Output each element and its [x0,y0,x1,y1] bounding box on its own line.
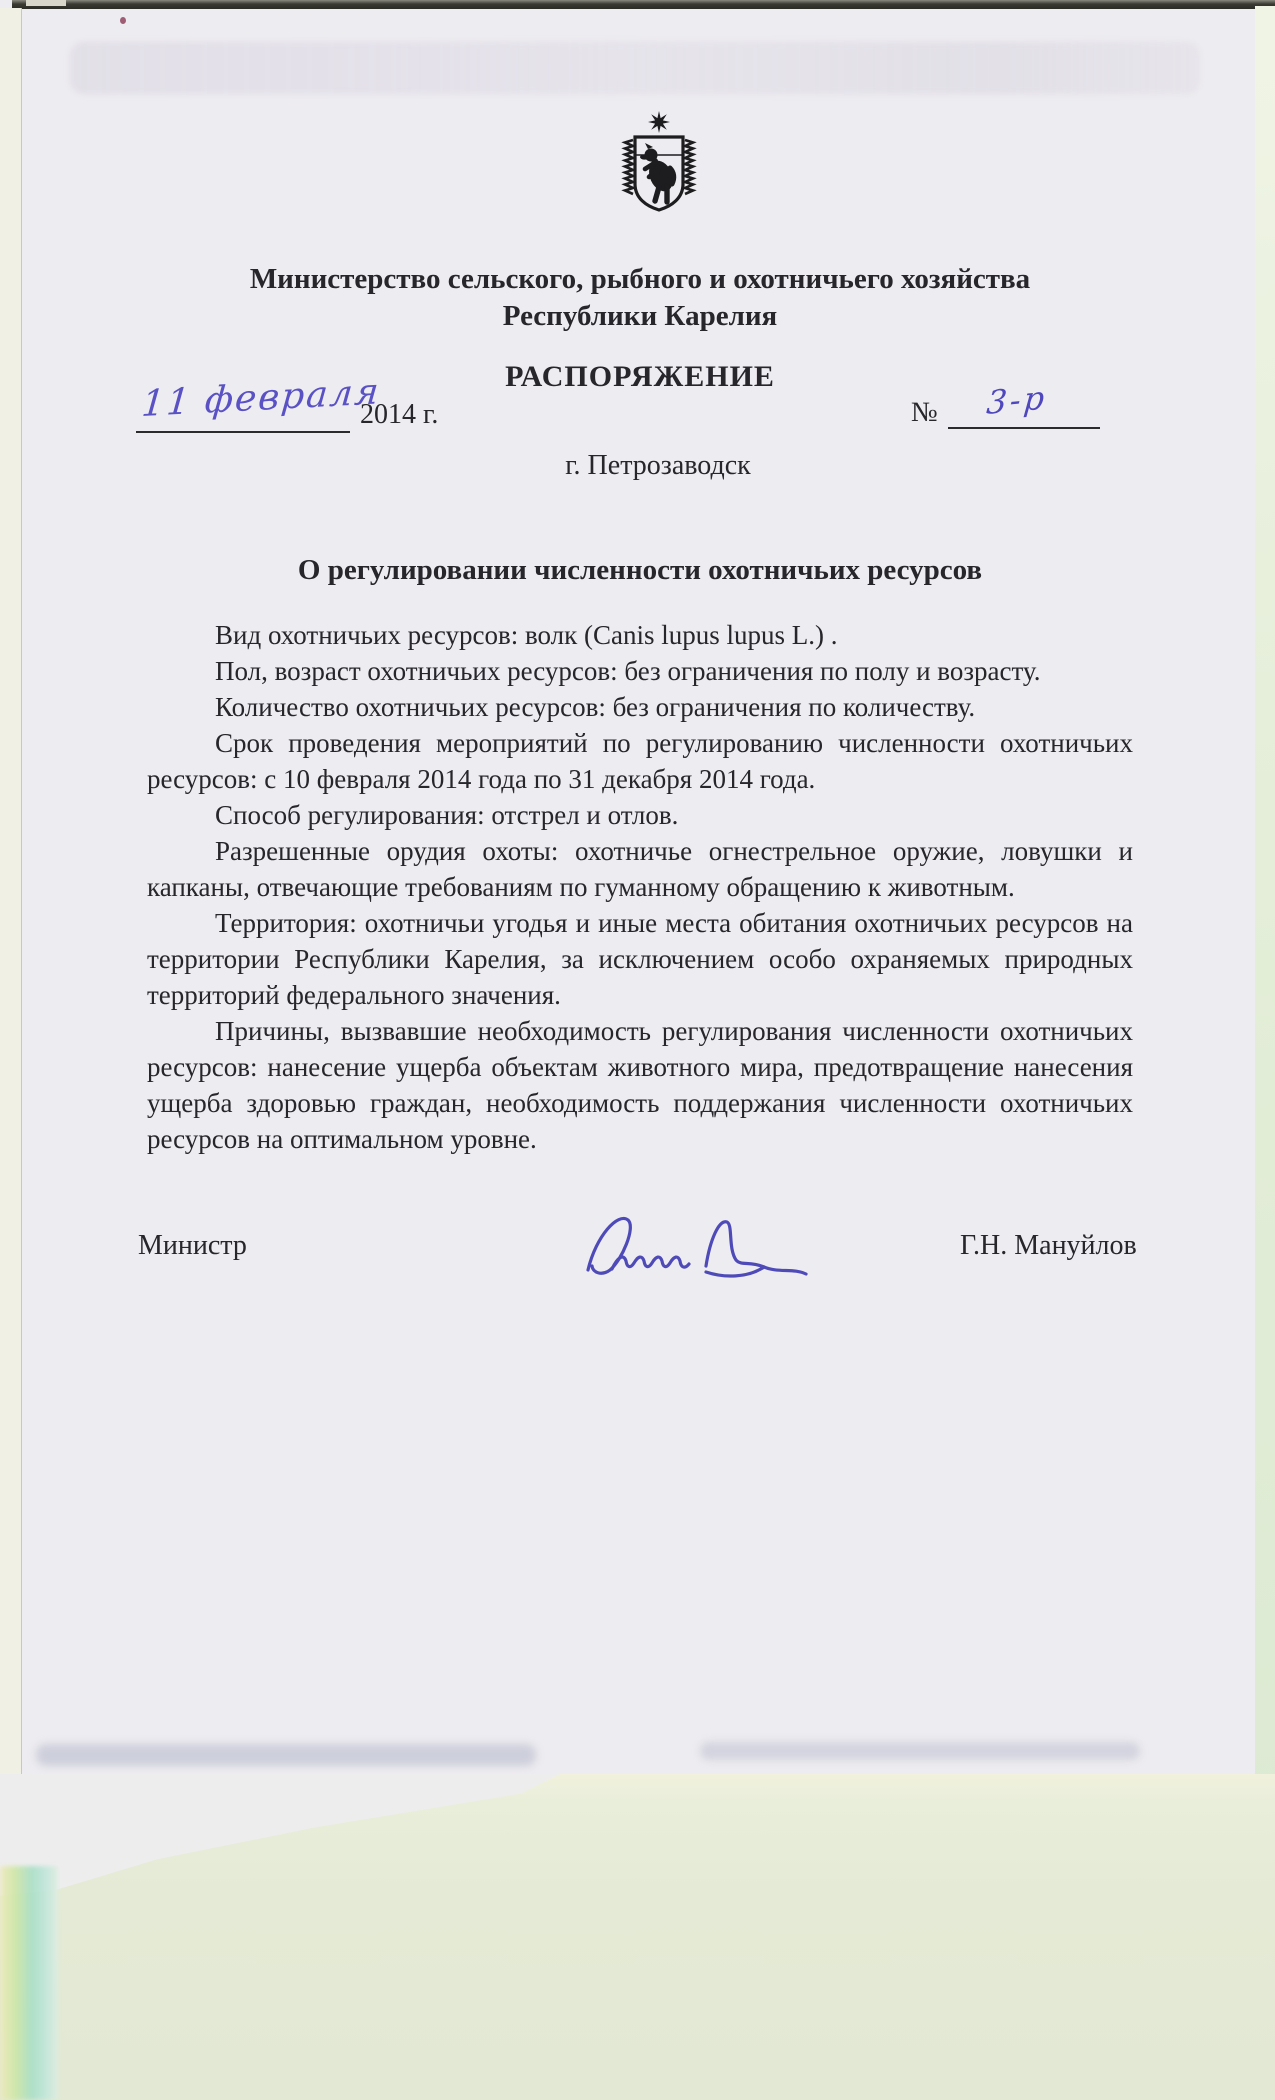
scan-edge-top-gap [26,0,66,6]
fir-branch-left-icon [625,140,633,194]
ministry-name: Министерство сельского, рыбного и охотни… [147,261,1133,335]
red-speck-artifact [120,17,126,24]
signature-autograph [578,1206,822,1298]
star-icon [648,111,670,133]
minister-title: Министр [138,1230,247,1262]
scan-edge-top [12,0,1275,9]
body-paragraph: Пол, возраст охотничьих ресурсов: без ог… [147,653,1133,689]
bleed-through-smudge-bottom-left [36,1744,536,1766]
body-paragraph: Количество охотничьих ресурсов: без огра… [147,689,1133,725]
scan-rainbow-artifact [0,1866,58,2100]
bear-rampant-icon [640,143,678,202]
city-line: г. Петрозаводск [165,450,1151,482]
minister-name: Г.Н. Мануйлов [960,1230,1137,1262]
date-underline [136,431,350,433]
scanned-document-page: Министерство сельского, рыбного и охотни… [0,0,1275,2100]
bleed-through-smudge-bottom-right [700,1742,1140,1760]
body-paragraph: Территория: охотничьи угодья и иные мест… [147,905,1133,1013]
body-paragraph: Вид охотничьих ресурсов: волк (Canis lup… [147,617,1133,653]
coat-of-arms-emblem [616,110,702,214]
ministry-name-line2: Республики Карелия [147,298,1133,335]
typed-year: 2014 г. [360,399,438,431]
ministry-name-line1: Министерство сельского, рыбного и охотни… [147,261,1133,298]
doc-title: О регулировании численности охотничьих р… [147,554,1133,587]
bleed-through-smudge-top [70,42,1200,94]
body-paragraph: Причины, вызвавшие необходимость регулир… [147,1013,1133,1157]
handwritten-doc-number: 3-р [985,378,1049,422]
document-body: Вид охотничьих ресурсов: волк (Canis lup… [147,617,1133,1157]
number-underline [948,427,1100,429]
fir-branch-right-icon [685,140,693,194]
body-paragraph: Срок проведения мероприятий по регулиров… [147,725,1133,797]
body-paragraph: Разрешенные орудия охоты: охотничье огне… [147,833,1133,905]
body-paragraph: Способ регулирования: отстрел и отлов. [147,797,1133,833]
number-sign: № [911,397,938,429]
